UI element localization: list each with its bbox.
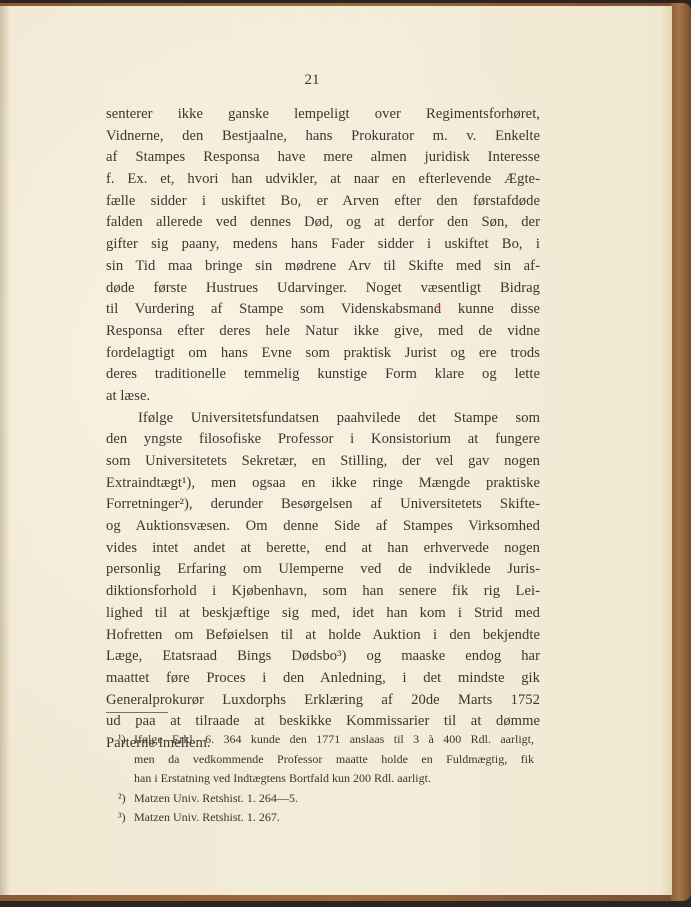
footnote-text: Matzen Univ. Retshist. 1. 267. [134, 808, 534, 828]
text-line: fælle sidder i uskiftet Bo, er Arven eft… [106, 191, 540, 213]
text-line: falden allerede ved dennes Død, og at de… [106, 212, 540, 234]
text-line: Læge, Etatsraad Bings Dødsbo³) og maaske… [106, 646, 540, 668]
paragraph: Ifølge Universitetsfundatsen paahvilede … [106, 408, 540, 755]
paragraphs: senterer ikke ganske lempeligt over Regi… [106, 104, 540, 755]
footnotes: ¹)Ifølge Erkl. 6. 364 kunde den 1771 ans… [118, 730, 534, 828]
text-line: Forretninger²), derunder Besørgelsen af … [106, 494, 540, 516]
gutter-shadow [0, 6, 10, 895]
footnote-marker: ³) [118, 808, 126, 828]
book-cover-edge [671, 3, 691, 901]
footnote-line: han i Erstatning ved Indtægtens Bortfald… [118, 769, 534, 789]
text-line: af Stampes Responsa have mere almen juri… [106, 147, 540, 169]
text-line: f. Ex. et, hvori han udvikler, at naar e… [106, 169, 540, 191]
footnote-line: men da vedkommende Professor maatte hold… [118, 750, 534, 770]
body-text: senterer ikke ganske lempeligt over Regi… [106, 104, 540, 755]
footnote-marker: ²) [118, 789, 126, 809]
footnote-text: Ifølge Erkl. 6. 364 kunde den 1771 ansla… [134, 730, 534, 750]
text-line: til Vurdering af Stampe som Videnskabsma… [106, 299, 540, 321]
text-line: den yngste filosofiske Professor i Konsi… [106, 429, 540, 451]
text-line: sin Tid maa bringe sin mødrene Arv til S… [106, 256, 540, 278]
text-line: lighed til at beskjæftige sig med, idet … [106, 603, 540, 625]
text-line: Vidnerne, den Bestjaalne, hans Prokurato… [106, 126, 540, 148]
handwritten-annotation-mark: 3 [435, 302, 441, 314]
text-line: Responsa efter deres hele Natur ikke giv… [106, 321, 540, 343]
text-line: Hofretten om Beføielsen til at holde Auk… [106, 625, 540, 647]
footnote-line: ¹)Ifølge Erkl. 6. 364 kunde den 1771 ans… [118, 730, 534, 750]
text-line: Extraindtægt¹), men ogsaa en ikke ringe … [106, 473, 540, 495]
text-line: vides intet andet at berette, end at han… [106, 538, 540, 560]
footnote-line: ²)Matzen Univ. Retshist. 1. 264—5. [118, 789, 534, 809]
text-line: at læse. [106, 386, 540, 408]
text-line: Generalprokurør Luxdorphs Erklæring af 2… [106, 690, 540, 712]
text-line: og Auktionsvæsen. Om denne Side af Stamp… [106, 516, 540, 538]
text-line: døde første Hustrues Udarvinger. Noget v… [106, 278, 540, 300]
paragraph: senterer ikke ganske lempeligt over Regi… [106, 104, 540, 408]
footnote-marker: ¹) [118, 730, 126, 750]
footnote-line: ³)Matzen Univ. Retshist. 1. 267. [118, 808, 534, 828]
text-line: personlig Erfaring om Ulemperne ved de i… [106, 559, 540, 581]
footnote-separator [106, 712, 168, 713]
footnote-text: men da vedkommende Professor maatte hold… [134, 750, 534, 770]
text-line: maattet føre Proces i den Anledning, i d… [106, 668, 540, 690]
footnote-text: han i Erstatning ved Indtægtens Bortfald… [134, 769, 534, 789]
text-line: gifter sig paany, medens hans Fader sidd… [106, 234, 540, 256]
page-number: 21 [300, 72, 324, 89]
footnote-text: Matzen Univ. Retshist. 1. 264—5. [134, 789, 534, 809]
text-line: deres traditionelle temmelig kunstige Fo… [106, 364, 540, 386]
text-line: Ifølge Universitetsfundatsen paahvilede … [106, 408, 540, 430]
text-line: senterer ikke ganske lempeligt over Regi… [106, 104, 540, 126]
text-line: fordelagtigt om hans Evne som praktisk J… [106, 343, 540, 365]
text-line: som Universitetets Sekretær, en Stilling… [106, 451, 540, 473]
page-edge [662, 6, 672, 895]
text-line: diktionsforhold i Kjøbenhavn, som han se… [106, 581, 540, 603]
